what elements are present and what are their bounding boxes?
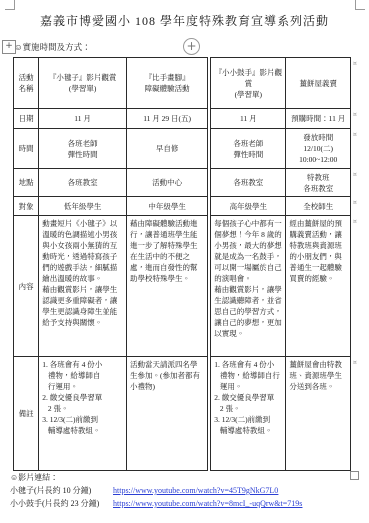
- table-row: 內容 動畫短片《小毽子》以溫暖的色調描述小男孩與小女孩兩小無猜的互動時光，透過特…: [14, 216, 351, 357]
- cell-date-4: 預購時間：11 月: [286, 109, 351, 129]
- link-row-2: 小小鼓手(片長約 23 分鐘) https://www.youtube.com/…: [10, 498, 302, 509]
- cell-time-3: 各班老師 彈性時間: [209, 129, 286, 169]
- cell-place-1: 各班教室: [39, 169, 127, 197]
- cell-place-3: 各班教室: [209, 169, 286, 197]
- row-end-mark: ¤: [353, 60, 361, 67]
- table-row: 地點 各班教室 活動中心 各班教室 特教班 各班教室: [14, 169, 351, 197]
- row-end-mark: ¤: [353, 199, 361, 206]
- row-label-time: 時間: [14, 129, 39, 169]
- cell-time-4: 發放時間 12/10(二) 10:00~12:00: [286, 129, 351, 169]
- cell-content-4: 經由薑餅屋的預購義賣活動，讓特教班與資源班的小朋友們，與普通生一起體驗買賣的經驗…: [286, 216, 351, 357]
- page-margin-mark-top-left: [5, 0, 15, 10]
- row-label-place: 地點: [14, 169, 39, 197]
- table-row: 日期 11 月 11 月 29 日(五) 11 月 預購時間：11 月: [14, 109, 351, 129]
- cell-target-4: 全校師生: [286, 197, 351, 216]
- activity-schedule-table: 活動 名稱 『小毽子』影片觀賞 (學習單) 『比手畫腳』 障礙體驗活動 『小小鼓…: [13, 57, 351, 471]
- cell-content-1: 動畫短片《小毽子》以溫暖的色調描述小男孩與小女孩兩小無猜的互動時光，透過特寫孩子…: [39, 216, 127, 357]
- cell-note-2: 活動當天請派四名學生參加。(參加者都有小禮物): [127, 357, 210, 471]
- cell-place-2: 活動中心: [127, 169, 210, 197]
- cell-target-2: 中年級學生: [127, 197, 210, 216]
- insert-column-plus-icon[interactable]: +: [183, 38, 200, 55]
- cell-activity-3: 『小小鼓手』影片觀賞 (學習單): [209, 58, 286, 109]
- cell-note-1: 1. 各班會有 4 份小 禮物，給導師自 行運用。 2. 繳交優良學習單 2 張…: [39, 357, 127, 471]
- cell-note-4: 薑餅屋會由特教班、資源班學生分送到各班。: [286, 357, 351, 471]
- cell-time-1: 各班老師 彈性時間: [39, 129, 127, 169]
- table-row: 活動 名稱 『小毽子』影片觀賞 (學習單) 『比手畫腳』 障礙體驗活動 『小小鼓…: [14, 58, 351, 109]
- row-label-date: 日期: [14, 109, 39, 129]
- page-title: 嘉義市博愛國小 108 學年度特殊教育宣導系列活動: [0, 12, 369, 29]
- link-row-1: 小毽子(片長約 10 分鐘) https://www.youtube.com/w…: [10, 485, 302, 496]
- youtube-link-1[interactable]: https://www.youtube.com/watch?v=45T9gNkG…: [113, 486, 278, 495]
- row-end-mark: ¤: [353, 111, 361, 118]
- cell-date-3: 11 月: [209, 109, 286, 129]
- table-row: 對象 低年級學生 中年級學生 高年級學生 全校師生: [14, 197, 351, 216]
- cell-time-2: 早自修: [127, 129, 210, 169]
- row-end-mark: ¤: [353, 131, 361, 138]
- cell-target-3: 高年級學生: [209, 197, 286, 216]
- link-label-1: 小毽子(片長約 10 分鐘): [10, 485, 113, 496]
- object-anchor-square: [350, 471, 359, 480]
- row-label-target: 對象: [14, 197, 39, 216]
- cell-note-3: 1. 各班會有 4 份小 禮物，給導師自行 運用。 2. 繳交優良學習單 2 張…: [209, 357, 286, 471]
- video-links-section: ☺影片連結： 小毽子(片長約 10 分鐘) https://www.youtub…: [10, 472, 302, 509]
- cell-target-1: 低年級學生: [39, 197, 127, 216]
- cell-place-4: 特教班 各班教室: [286, 169, 351, 197]
- row-end-mark: ¤: [353, 171, 361, 178]
- cell-activity-1: 『小毽子』影片觀賞 (學習單): [39, 58, 127, 109]
- cell-activity-4: 薑餅屋義賣: [286, 58, 351, 109]
- row-label-activity-name: 活動 名稱: [14, 58, 39, 109]
- row-end-mark: ¤: [353, 218, 361, 225]
- cell-date-1: 11 月: [39, 109, 127, 129]
- row-label-note: 備註: [14, 357, 39, 471]
- cell-content-2: 藉由障礙體驗活動進行，讓普通班學生能進一步了解特殊學生在生活中的不便之處，進而自…: [127, 216, 210, 357]
- table-row: 備註 1. 各班會有 4 份小 禮物，給導師自 行運用。 2. 繳交優良學習單 …: [14, 357, 351, 471]
- link-label-2: 小小鼓手(片長約 23 分鐘): [10, 498, 113, 509]
- row-label-content: 內容: [14, 216, 39, 357]
- table-move-handle-icon[interactable]: +: [2, 40, 16, 54]
- row-end-mark: ¤: [353, 359, 361, 366]
- links-heading: ☺影片連結：: [10, 472, 302, 483]
- page-margin-mark-top-right: [355, 0, 365, 10]
- cell-date-2: 11 月 29 日(五): [127, 109, 210, 129]
- section-heading: ☺實施時間及方式：: [14, 41, 91, 53]
- cell-activity-2: 『比手畫腳』 障礙體驗活動: [127, 58, 210, 109]
- youtube-link-2[interactable]: https://www.youtube.com/watch?v=8mcI_-uq…: [113, 499, 302, 508]
- table-row: 時間 各班老師 彈性時間 早自修 各班老師 彈性時間 發放時間 12/10(二)…: [14, 129, 351, 169]
- cell-content-3: 每個孩子心中都有一個夢想！今年 8 歲的小男孩，最大的夢想就是成為一名鼓手，可以…: [209, 216, 286, 357]
